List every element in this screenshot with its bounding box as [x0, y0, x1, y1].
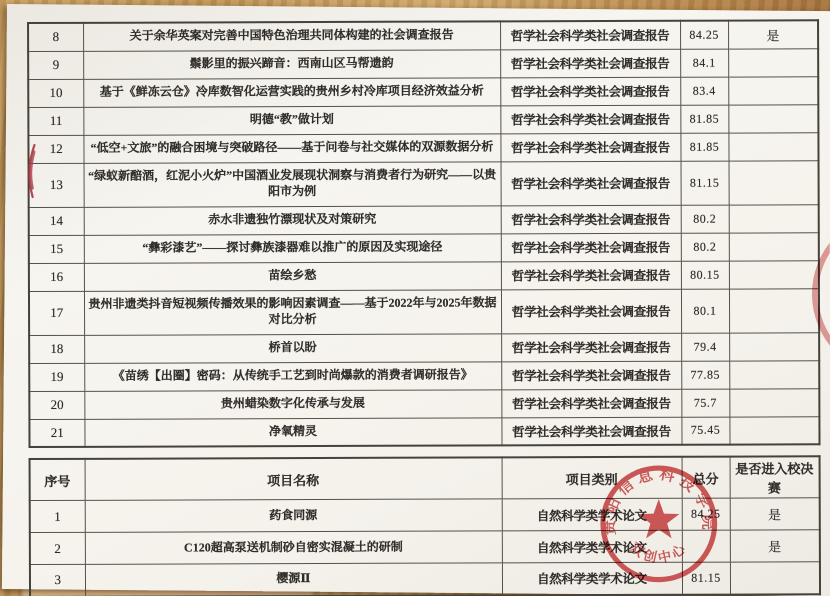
- project-score: 80.2: [681, 205, 729, 233]
- row-number: 14: [29, 207, 84, 235]
- row-number: 20: [29, 391, 84, 419]
- table-row: 9 鬃影里的振兴蹄音：西南山区马帮遗韵 哲学社会科学类社会调查报告 84.1: [28, 48, 818, 79]
- project-category: 哲学社会科学类社会调查报告: [501, 161, 681, 206]
- project-category: 哲学社会科学类社会调查报告: [500, 105, 680, 134]
- project-category: 哲学社会科学类社会调查报告: [501, 389, 681, 418]
- project-name: 樱源Ⅱ: [85, 563, 502, 596]
- header-advance: 是否进入校决赛: [730, 456, 820, 498]
- table-row: 15 “彝彩漆艺”——探讨彝族漆器难以推广的原因及实现途径 哲学社会科学类社会调…: [29, 232, 819, 263]
- project-score: 80.1: [681, 289, 729, 333]
- advance-flag: [729, 360, 819, 388]
- project-score: 79.4: [681, 333, 729, 361]
- header-project-name: 项目名称: [85, 457, 502, 500]
- project-score: 75.7: [681, 389, 729, 417]
- project-score: 80.15: [681, 261, 729, 289]
- project-name: 赤水非遗独竹漂现状及对策研究: [84, 205, 501, 234]
- row-number: 8: [28, 23, 83, 51]
- project-category: 哲学社会科学类社会调查报告: [501, 289, 681, 334]
- project-score: 80.2: [681, 233, 729, 261]
- official-seal-stamp: 贵阳信息科技学院 双创中心: [597, 462, 721, 586]
- table-row: 17 贵州非遗类抖音短视频传播效果的影响因素调查——基于2022年与2025年数…: [29, 288, 819, 335]
- table-row: 11 明德“教”做计划 哲学社会科学类社会调查报告 81.85: [28, 104, 818, 135]
- row-number: 19: [29, 363, 84, 391]
- advance-flag: 是: [730, 498, 820, 530]
- table-row: 13 “绿蚁新醅酒，红泥小火炉”中国酒业发展现状洞察与消费者行为研究——以贵阳市…: [29, 160, 819, 207]
- stamp-star: [638, 499, 679, 538]
- table-row: 16 苗绘乡愁 哲学社会科学类社会调查报告 80.15: [29, 260, 819, 291]
- table-row: 21 净氧精灵 哲学社会科学类社会调查报告 75.45: [29, 416, 819, 447]
- project-name: 药食同源: [85, 499, 502, 532]
- advance-flag: [729, 416, 819, 444]
- project-category: 哲学社会科学类社会调查报告: [501, 417, 681, 446]
- project-score: 81.85: [680, 133, 728, 161]
- project-category: 哲学社会科学类社会调查报告: [501, 261, 681, 290]
- project-name: 贵州非遗类抖音短视频传播效果的影响因素调查——基于2022年与2025年数据对比…: [84, 289, 501, 334]
- row-number: 15: [29, 235, 84, 263]
- project-name: “低空+文旅”的融合困境与突破路径——基于问卷与社交媒体的双源数据分析: [83, 133, 500, 162]
- row-number: 17: [29, 291, 84, 335]
- stamp-bottom-text: 双创中心: [627, 539, 690, 566]
- table-row: 18 桥首以盼 哲学社会科学类社会调查报告 79.4: [29, 332, 819, 363]
- project-category: 哲学社会科学类社会调查报告: [500, 133, 680, 162]
- page-content: 8 关于余华英案对完善中国特色治理共同体构建的社会调查报告 哲学社会科学类社会调…: [0, 0, 830, 596]
- project-category: 哲学社会科学类社会调查报告: [500, 77, 680, 106]
- row-number: 21: [29, 419, 84, 447]
- advance-flag: [730, 562, 820, 594]
- red-pen-mark: [23, 142, 41, 200]
- row-number: 1: [30, 500, 85, 532]
- advance-flag: 是: [730, 530, 820, 562]
- project-category: 哲学社会科学类社会调查报告: [500, 49, 680, 78]
- table-row: 20 贵州蜡染数字化传承与发展 哲学社会科学类社会调查报告 75.7: [29, 388, 819, 419]
- row-number: 2: [30, 532, 85, 564]
- project-category: 哲学社会科学类社会调查报告: [501, 361, 681, 390]
- project-category: 哲学社会科学类社会调查报告: [501, 233, 681, 262]
- advance-flag: [728, 132, 818, 160]
- table-row: 12 “低空+文旅”的融合困境与突破路径——基于问卷与社交媒体的双源数据分析 哲…: [28, 132, 818, 163]
- project-name: 基于《鲜冻云仓》冷库数智化运营实践的贵州乡村冷库项目经济效益分析: [83, 77, 500, 106]
- row-number: 18: [29, 335, 84, 363]
- row-number: 16: [29, 263, 84, 291]
- project-name: 明德“教”做计划: [83, 105, 500, 134]
- row-number: 3: [30, 564, 85, 596]
- header-no: 序号: [30, 459, 85, 501]
- table-row: 10 基于《鲜冻云仓》冷库数智化运营实践的贵州乡村冷库项目经济效益分析 哲学社会…: [28, 76, 818, 107]
- project-score: 84.25: [680, 21, 728, 49]
- project-score: 75.45: [681, 417, 729, 445]
- row-number: 11: [28, 107, 83, 135]
- advance-flag: [729, 160, 819, 204]
- advance-flag: [728, 76, 818, 104]
- project-name: 关于余华英案对完善中国特色治理共同体构建的社会调查报告: [83, 21, 500, 50]
- advance-flag: [728, 104, 818, 132]
- advance-flag: [729, 388, 819, 416]
- project-score: 81.85: [680, 105, 728, 133]
- project-score: 81.15: [681, 161, 729, 205]
- partial-stamp-right-edge: [806, 237, 830, 352]
- project-category: 哲学社会科学类社会调查报告: [500, 21, 680, 50]
- row-number: 9: [28, 51, 83, 79]
- score-table-philosophy: 8 关于余华英案对完善中国特色治理共同体构建的社会调查报告 哲学社会科学类社会调…: [27, 19, 820, 448]
- project-name: “绿蚁新醅酒，红泥小火炉”中国酒业发展现状洞察与消费者行为研究——以贵阳市为例: [84, 161, 501, 206]
- project-name: 净氧精灵: [84, 417, 501, 446]
- project-name: 贵州蜡染数字化传承与发展: [84, 389, 501, 418]
- table-row: 8 关于余华英案对完善中国特色治理共同体构建的社会调查报告 哲学社会科学类社会调…: [28, 20, 818, 51]
- table-row: 14 赤水非遗独竹漂现状及对策研究 哲学社会科学类社会调查报告 80.2: [29, 204, 819, 235]
- project-name: 苗绘乡愁: [84, 261, 501, 290]
- advance-flag: [729, 204, 819, 232]
- project-score: 83.4: [680, 77, 728, 105]
- project-name: C120超高泵送机制砂自密实混凝土的研制: [85, 531, 502, 564]
- row-number: 10: [28, 79, 83, 107]
- project-name: 《苗绣【出圈】密码：从传统手工艺到时尚爆款的消费者调研报告》: [84, 361, 501, 390]
- project-category: 哲学社会科学类社会调查报告: [501, 333, 681, 362]
- project-name: 鬃影里的振兴蹄音：西南山区马帮遗韵: [83, 49, 500, 78]
- project-score: 84.1: [680, 49, 728, 77]
- project-score: 77.85: [681, 361, 729, 389]
- advance-flag: 是: [728, 20, 818, 48]
- project-name: “彝彩漆艺”——探讨彝族漆器难以推广的原因及实现途径: [84, 233, 501, 262]
- project-name: 桥首以盼: [84, 333, 501, 362]
- project-category: 哲学社会科学类社会调查报告: [501, 205, 681, 234]
- advance-flag: [728, 48, 818, 76]
- table-row: 19 《苗绣【出圈】密码：从传统手工艺到时尚爆款的消费者调研报告》 哲学社会科学…: [29, 360, 819, 391]
